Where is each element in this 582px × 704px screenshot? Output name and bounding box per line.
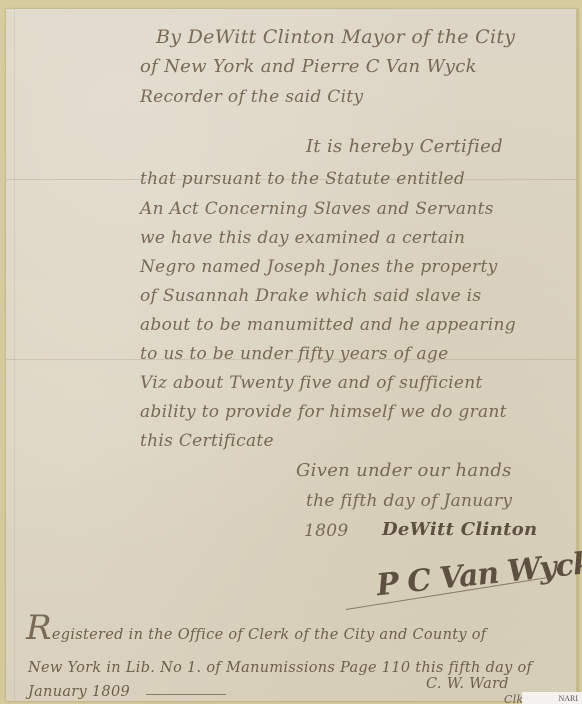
- body-line-4: It is hereby Certified: [306, 137, 503, 157]
- clerk-signature: C. W. Ward: [426, 675, 509, 693]
- registration-line-1-text: egistered in the Office of Clerk of the …: [52, 627, 487, 643]
- registration-line-1: Registered in the Office of Clerk of the…: [26, 619, 486, 644]
- closing-date: 1809: [304, 521, 348, 541]
- archive-label: NARI: [522, 692, 582, 704]
- clerk-title: Clk: [504, 691, 524, 704]
- registration-initial: R: [26, 608, 52, 648]
- fold-crease: [14, 9, 15, 701]
- body-line-14: this Certificate: [140, 431, 274, 451]
- body-line-6: An Act Concerning Slaves and Servants: [140, 199, 494, 219]
- body-line-11: to us to be under fifty years of age: [140, 344, 448, 364]
- date-underline: [146, 694, 226, 695]
- body-line-2: of New York and Pierre C Van Wyck: [140, 57, 477, 77]
- body-line-7: we have this day examined a certain: [140, 228, 465, 248]
- body-line-12: Viz about Twenty five and of sufficient: [140, 373, 483, 393]
- closing-line-1: Given under our hands: [296, 461, 512, 481]
- mayor-signature: DeWitt Clinton: [382, 519, 537, 540]
- body-line-8: Negro named Joseph Jones the property: [140, 257, 497, 277]
- body-line-9: of Susannah Drake which said slave is: [140, 286, 481, 306]
- body-line-13: ability to provide for himself we do gra…: [140, 402, 507, 422]
- body-line-5: that pursuant to the Statute entitled: [140, 169, 465, 189]
- closing-line-2: the fifth day of January: [306, 491, 512, 511]
- body-line-1: By DeWitt Clinton Mayor of the City: [156, 27, 515, 47]
- body-line-3: Recorder of the said City: [140, 87, 363, 107]
- manuscript-page: By DeWitt Clinton Mayor of the City of N…: [6, 9, 578, 701]
- recorder-signature: P C Van Wyck: [375, 546, 582, 603]
- document-frame: By DeWitt Clinton Mayor of the City of N…: [0, 0, 582, 704]
- registration-line-3: January 1809: [28, 683, 130, 701]
- body-line-10: about to be manumitted and he appearing: [140, 315, 516, 335]
